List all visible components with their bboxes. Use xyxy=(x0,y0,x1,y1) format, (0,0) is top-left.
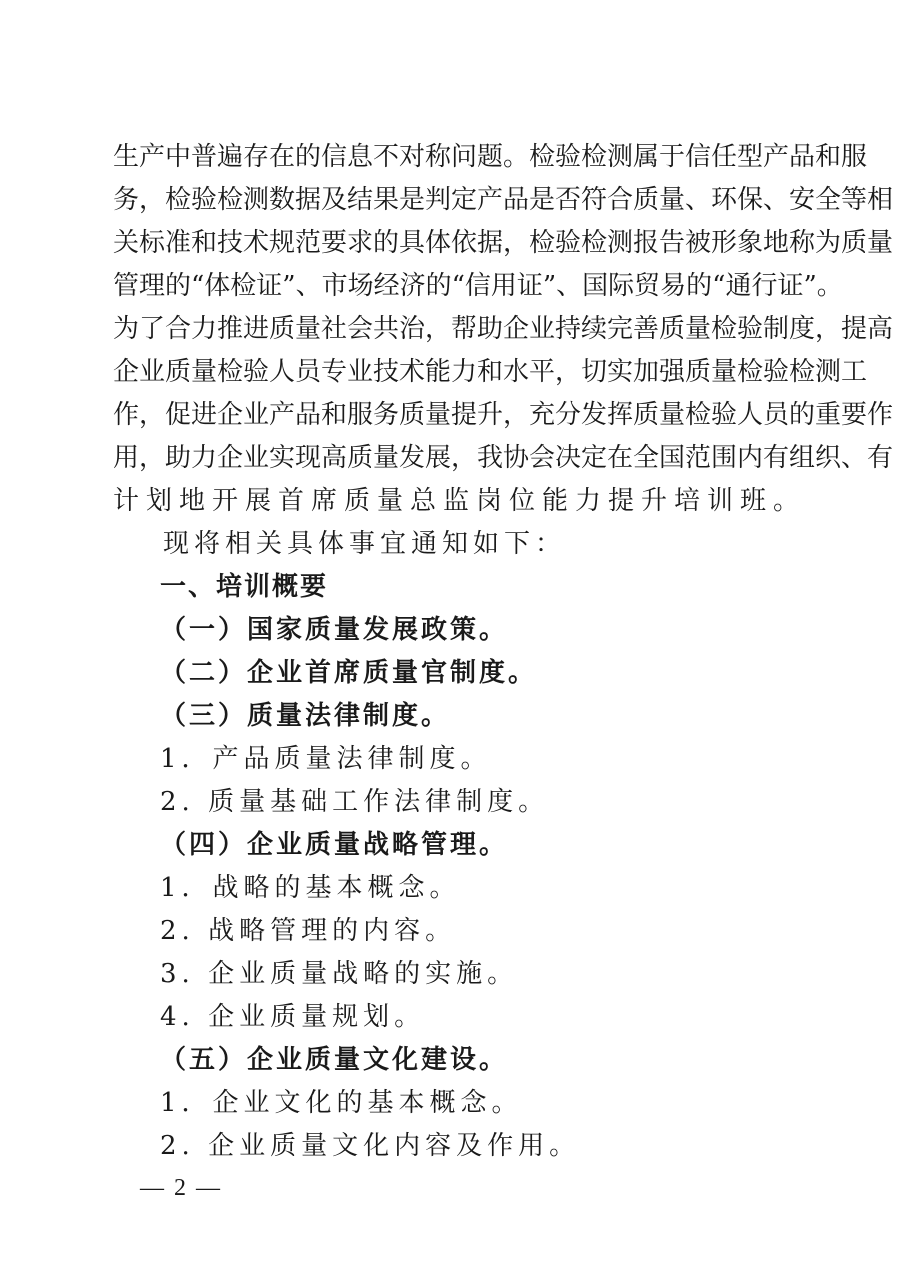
body-text-line: 管理的“体检证”、市场经济的“信用证”、国际贸易的“通行证”。 xyxy=(113,271,793,301)
body-text-line: 关标准和技术规范要求的具体依据，检验检测报告被形象地称为质量 xyxy=(113,228,793,258)
page-number: — 2 — xyxy=(140,1173,222,1203)
subsection-heading: （四）企业质量战略管理。 xyxy=(160,830,840,860)
subsection-heading: （三）质量法律制度。 xyxy=(160,701,840,731)
body-text-line: 计划地开展首席质量总监岗位能力提升培训班。 xyxy=(113,486,793,516)
body-text-line: 生产中普遍存在的信息不对称问题。检验检测属于信任型产品和服 xyxy=(113,142,793,172)
body-text-line: 务，检验检测数据及结果是判定产品是否符合质量、环保、安全等相 xyxy=(113,185,793,215)
document-page: 生产中普遍存在的信息不对称问题。检验检测属于信任型产品和服 务，检验检测数据及结… xyxy=(0,0,900,1273)
body-text-line: 用，助力企业实现高质量发展，我协会决定在全国范围内有组织、有 xyxy=(113,443,793,473)
body-text-line: 作，促进企业产品和服务质量提升，充分发挥质量检验人员的重要作 xyxy=(113,400,793,430)
notice-intro: 现将相关具体事宜通知如下： xyxy=(163,529,843,559)
list-item: 2. 战略管理的内容。 xyxy=(160,916,840,946)
body-text-line: 企业质量检验人员专业技术能力和水平，切实加强质量检验检测工 xyxy=(113,357,793,387)
body-text-line: 为了合力推进质量社会共治，帮助企业持续完善质量检验制度，提高 xyxy=(113,314,793,344)
list-item: 3. 企业质量战略的实施。 xyxy=(160,959,840,989)
subsection-heading: （五）企业质量文化建设。 xyxy=(160,1045,840,1075)
list-item: 2. 质量基础工作法律制度。 xyxy=(160,787,840,817)
list-item: 1．产品质量法律制度。 xyxy=(160,744,840,774)
list-item: 1．企业文化的基本概念。 xyxy=(160,1088,840,1118)
list-item: 4. 企业质量规划。 xyxy=(160,1002,840,1032)
subsection-heading: （一）国家质量发展政策。 xyxy=(160,615,840,645)
list-item: 1．战略的基本概念。 xyxy=(160,873,840,903)
subsection-heading: （二）企业首席质量官制度。 xyxy=(160,658,840,688)
list-item: 2. 企业质量文化内容及作用。 xyxy=(160,1131,840,1161)
section-heading: 一、培训概要 xyxy=(160,572,840,602)
